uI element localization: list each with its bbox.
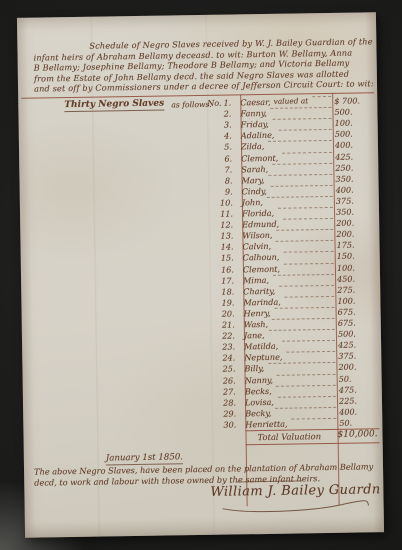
row-number: 14. bbox=[208, 242, 238, 252]
total-value: $10,000. bbox=[337, 429, 377, 440]
dotted-leader bbox=[286, 351, 335, 353]
row-number: 22. bbox=[210, 330, 240, 340]
row-value: 200. bbox=[338, 362, 380, 373]
row-name: Becks, bbox=[241, 385, 272, 395]
row-name: Henry, bbox=[240, 308, 271, 318]
row-name: Mima, bbox=[239, 275, 269, 285]
total-label: Total Valuation bbox=[257, 431, 321, 442]
list-title: Thirty Negro Slaves bbox=[64, 99, 164, 113]
dotted-leader bbox=[271, 107, 332, 109]
row-number: 26. bbox=[211, 375, 241, 385]
row-value: 375. bbox=[336, 195, 378, 206]
row-number: 3. bbox=[207, 120, 237, 130]
dotted-leader bbox=[277, 373, 336, 375]
dotted-leader bbox=[275, 240, 333, 242]
guardian-signature: William J. Bailey Guardn bbox=[210, 482, 380, 500]
row-value: 500. bbox=[338, 328, 380, 339]
dotted-leader bbox=[276, 384, 336, 386]
row-value: 400. bbox=[335, 140, 377, 151]
row-name: Neptune, bbox=[240, 352, 282, 363]
row-name: Friday, bbox=[237, 119, 269, 130]
dotted-leader bbox=[276, 229, 333, 231]
row-number: 12. bbox=[208, 219, 238, 229]
row-name: Henrietta, bbox=[241, 419, 287, 430]
row-number: 11. bbox=[208, 208, 238, 218]
row-number: 21. bbox=[210, 319, 240, 329]
row-value: 425. bbox=[335, 151, 377, 162]
dotted-leader bbox=[291, 418, 336, 420]
row-value: 175. bbox=[336, 239, 378, 250]
dotted-leader bbox=[273, 118, 332, 120]
row-number: 18. bbox=[209, 286, 239, 296]
row-value: 475. bbox=[339, 384, 381, 395]
row-value: 100. bbox=[335, 117, 377, 128]
row-number: 1. bbox=[206, 97, 236, 107]
dotted-leader bbox=[278, 129, 331, 131]
row-name: Billy, bbox=[240, 363, 264, 373]
photo-background: Schedule of Negro Slaves received by W. … bbox=[0, 0, 402, 550]
row-number: 6. bbox=[207, 153, 237, 163]
row-number: 13. bbox=[208, 231, 238, 241]
row-number: 17. bbox=[209, 275, 239, 285]
row-value: 375. bbox=[338, 350, 380, 361]
dotted-leader bbox=[283, 251, 333, 253]
row-value: 675. bbox=[338, 306, 380, 317]
row-name: Wilson, bbox=[238, 230, 272, 241]
row-value: 425. bbox=[338, 339, 380, 350]
row-number: 8. bbox=[207, 175, 237, 185]
dotted-leader bbox=[272, 318, 335, 320]
dotted-leader bbox=[312, 96, 331, 97]
row-value: 200. bbox=[336, 217, 378, 228]
row-name: Sarah, bbox=[237, 164, 268, 174]
row-number: 24. bbox=[210, 353, 240, 363]
row-name: Calhoun, bbox=[239, 252, 280, 263]
row-number: 28. bbox=[211, 397, 241, 407]
dotted-leader bbox=[273, 273, 334, 275]
row-note: valued at bbox=[271, 96, 309, 107]
dotted-leader bbox=[268, 174, 332, 176]
row-name: Clemont, bbox=[239, 263, 280, 274]
dotted-leader bbox=[268, 362, 335, 364]
row-name: Marinda, bbox=[239, 297, 281, 308]
row-value: 275. bbox=[337, 284, 379, 295]
row-value: 400. bbox=[339, 406, 381, 417]
dotted-leader bbox=[284, 262, 334, 264]
row-name: Adaline, bbox=[237, 130, 275, 141]
row-number: 15. bbox=[209, 253, 239, 263]
row-value: 450. bbox=[337, 273, 379, 284]
dotted-leader bbox=[278, 207, 333, 209]
row-name: Calvin, bbox=[238, 241, 271, 252]
row-name: Zilda, bbox=[237, 141, 265, 151]
dotted-leader bbox=[282, 151, 332, 153]
row-number: 2. bbox=[206, 109, 236, 119]
row-value: 500. bbox=[334, 106, 376, 117]
row-name: Fanny, bbox=[236, 108, 267, 118]
row-name: Wash, bbox=[240, 319, 269, 329]
row-value: 50. bbox=[339, 417, 381, 428]
row-number: 10. bbox=[208, 197, 238, 207]
row-name: John, bbox=[238, 197, 263, 207]
row-value: 675. bbox=[338, 317, 380, 328]
row-value: 350. bbox=[335, 173, 377, 184]
dotted-leader bbox=[271, 185, 333, 187]
row-number: 7. bbox=[207, 164, 237, 174]
row-value: $ 700. bbox=[334, 95, 376, 106]
row-number: 25. bbox=[210, 364, 240, 374]
row-value: 250. bbox=[335, 162, 377, 173]
row-name: Caesar, bbox=[236, 97, 270, 108]
row-number: 23. bbox=[210, 342, 240, 352]
row-name: Clemont, bbox=[237, 152, 278, 163]
table-rows: 1. Caesar, valued at $ 700. 2. Fanny, 50… bbox=[17, 12, 376, 18]
dotted-leader bbox=[283, 218, 333, 220]
row-number: 4. bbox=[207, 131, 237, 141]
dotted-leader bbox=[272, 163, 332, 165]
signature-flourish-icon bbox=[221, 498, 371, 514]
dotted-leader bbox=[275, 407, 336, 409]
row-name: Charity, bbox=[239, 286, 275, 297]
row-value: 150. bbox=[337, 251, 379, 262]
row-value: 100. bbox=[337, 262, 379, 273]
row-number: 16. bbox=[209, 264, 239, 274]
row-number: 27. bbox=[211, 386, 241, 396]
row-number: 29. bbox=[211, 408, 241, 418]
row-number: 9. bbox=[208, 186, 238, 196]
row-number: 30. bbox=[211, 419, 241, 429]
dotted-leader bbox=[275, 307, 335, 309]
row-name: Edmund, bbox=[238, 219, 279, 230]
dotted-leader bbox=[282, 340, 335, 342]
document-paper: Schedule of Negro Slaves received by W. … bbox=[17, 12, 384, 538]
row-number: 5. bbox=[207, 142, 237, 152]
dotted-leader bbox=[267, 196, 333, 198]
row-value: 350. bbox=[336, 206, 378, 217]
row-name: Cindy, bbox=[238, 186, 267, 196]
row-value: 400. bbox=[336, 184, 378, 195]
dotted-leader bbox=[278, 396, 336, 398]
row-value: 500. bbox=[335, 129, 377, 140]
row-name: Jane, bbox=[240, 330, 265, 340]
dotted-leader bbox=[285, 296, 335, 298]
row-name: Florida, bbox=[238, 208, 274, 219]
row-value: 225. bbox=[339, 395, 381, 406]
row-value: 100. bbox=[337, 295, 379, 306]
row-name: Nanny, bbox=[241, 374, 274, 385]
dotted-leader bbox=[279, 285, 334, 287]
dotted-leader bbox=[268, 140, 332, 142]
row-number: 19. bbox=[209, 297, 239, 307]
row-name: Mary, bbox=[237, 175, 264, 185]
dotted-leader bbox=[269, 329, 335, 331]
row-name: Becky, bbox=[241, 408, 271, 418]
row-number: 20. bbox=[210, 308, 240, 318]
row-value: 200. bbox=[336, 228, 378, 239]
row-value: 50. bbox=[339, 373, 381, 384]
row-name: Lovisa, bbox=[241, 397, 274, 408]
row-name: Matilda, bbox=[240, 341, 278, 352]
